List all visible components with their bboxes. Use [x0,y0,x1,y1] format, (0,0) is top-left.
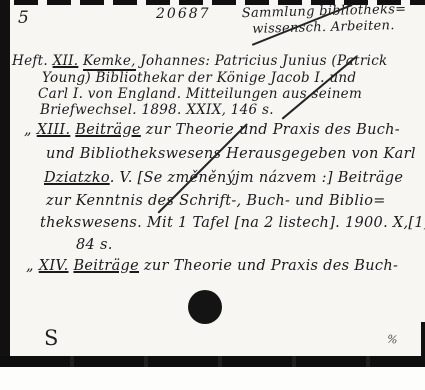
entry-heft13-line6: 84 s. [76,237,113,253]
entry-heft14-numeral: XIV. [39,258,69,274]
ditto-mark: „ [24,122,32,138]
entry-heft13-editor: Dziatzko [44,170,110,186]
collection-note: Sammlung bibliotheks= wissensch. Arbeite… [242,2,407,38]
entry-heft14-title-word: Beiträge [73,258,139,274]
entry-heft13-line3: Dziatzko. V. [Se změněnýjm názvem :] Bei… [44,170,403,186]
entry-heft13-line4: zur Kenntnis des Schrift-, Buch- und Bib… [46,193,386,209]
scan-border-bottom [0,356,425,367]
entry-heft12-prefix: Heft. [12,53,48,69]
entry-heft12-line4: Briefwechsel. 1898. XXIX, 146 s. [40,102,274,118]
entry-heft13-line5: thekswesens. Mit 1 Tafel [na 2 listech].… [40,215,425,231]
entry-heft13-numeral: XIII. [37,122,71,138]
scan-border-right [421,322,425,358]
entry-heft13-line1-rest: zur Theorie und Praxis des Buch- [146,122,400,138]
entry-heft13-title-word: Beiträge [75,122,141,138]
entry-heft14-line1: „ XIV. Beiträge zur Theorie und Praxis d… [26,258,398,274]
entry-heft12-numeral: XII. [53,53,79,69]
ditto-mark: „ [26,258,34,274]
entry-heft12-line1: Heft. XII. Kemke, Johannes: Patricius Ju… [12,53,388,69]
corner-mark: % [386,332,398,346]
series-letter: S [44,326,58,350]
hole-punch-mark [188,290,222,324]
scan-border-left [0,0,10,358]
entry-heft13-line3-rest: . V. [Se změněnýjm názvem :] Beiträge [110,170,404,186]
scanned-catalog-card: 5 20687 Sammlung bibliotheks= wissensch.… [0,0,425,390]
entry-heft13-line2: und Bibliothekswesens Herausgegeben von … [46,146,416,162]
page-number: 5 [18,8,29,28]
entry-heft12-line3: Carl I. von England. Mitteilungen aus se… [38,86,362,102]
entry-heft12-line2: Young) Bibliothekar der Könige Jacob I. … [42,70,356,86]
accession-number: 20687 [156,6,211,22]
entry-heft12-author: Kemke, [83,53,136,71]
entry-heft13-line1: „ XIII. Beiträge zur Theorie und Praxis … [24,122,400,138]
entry-heft14-line1-rest: zur Theorie und Praxis des Buch- [144,258,398,274]
